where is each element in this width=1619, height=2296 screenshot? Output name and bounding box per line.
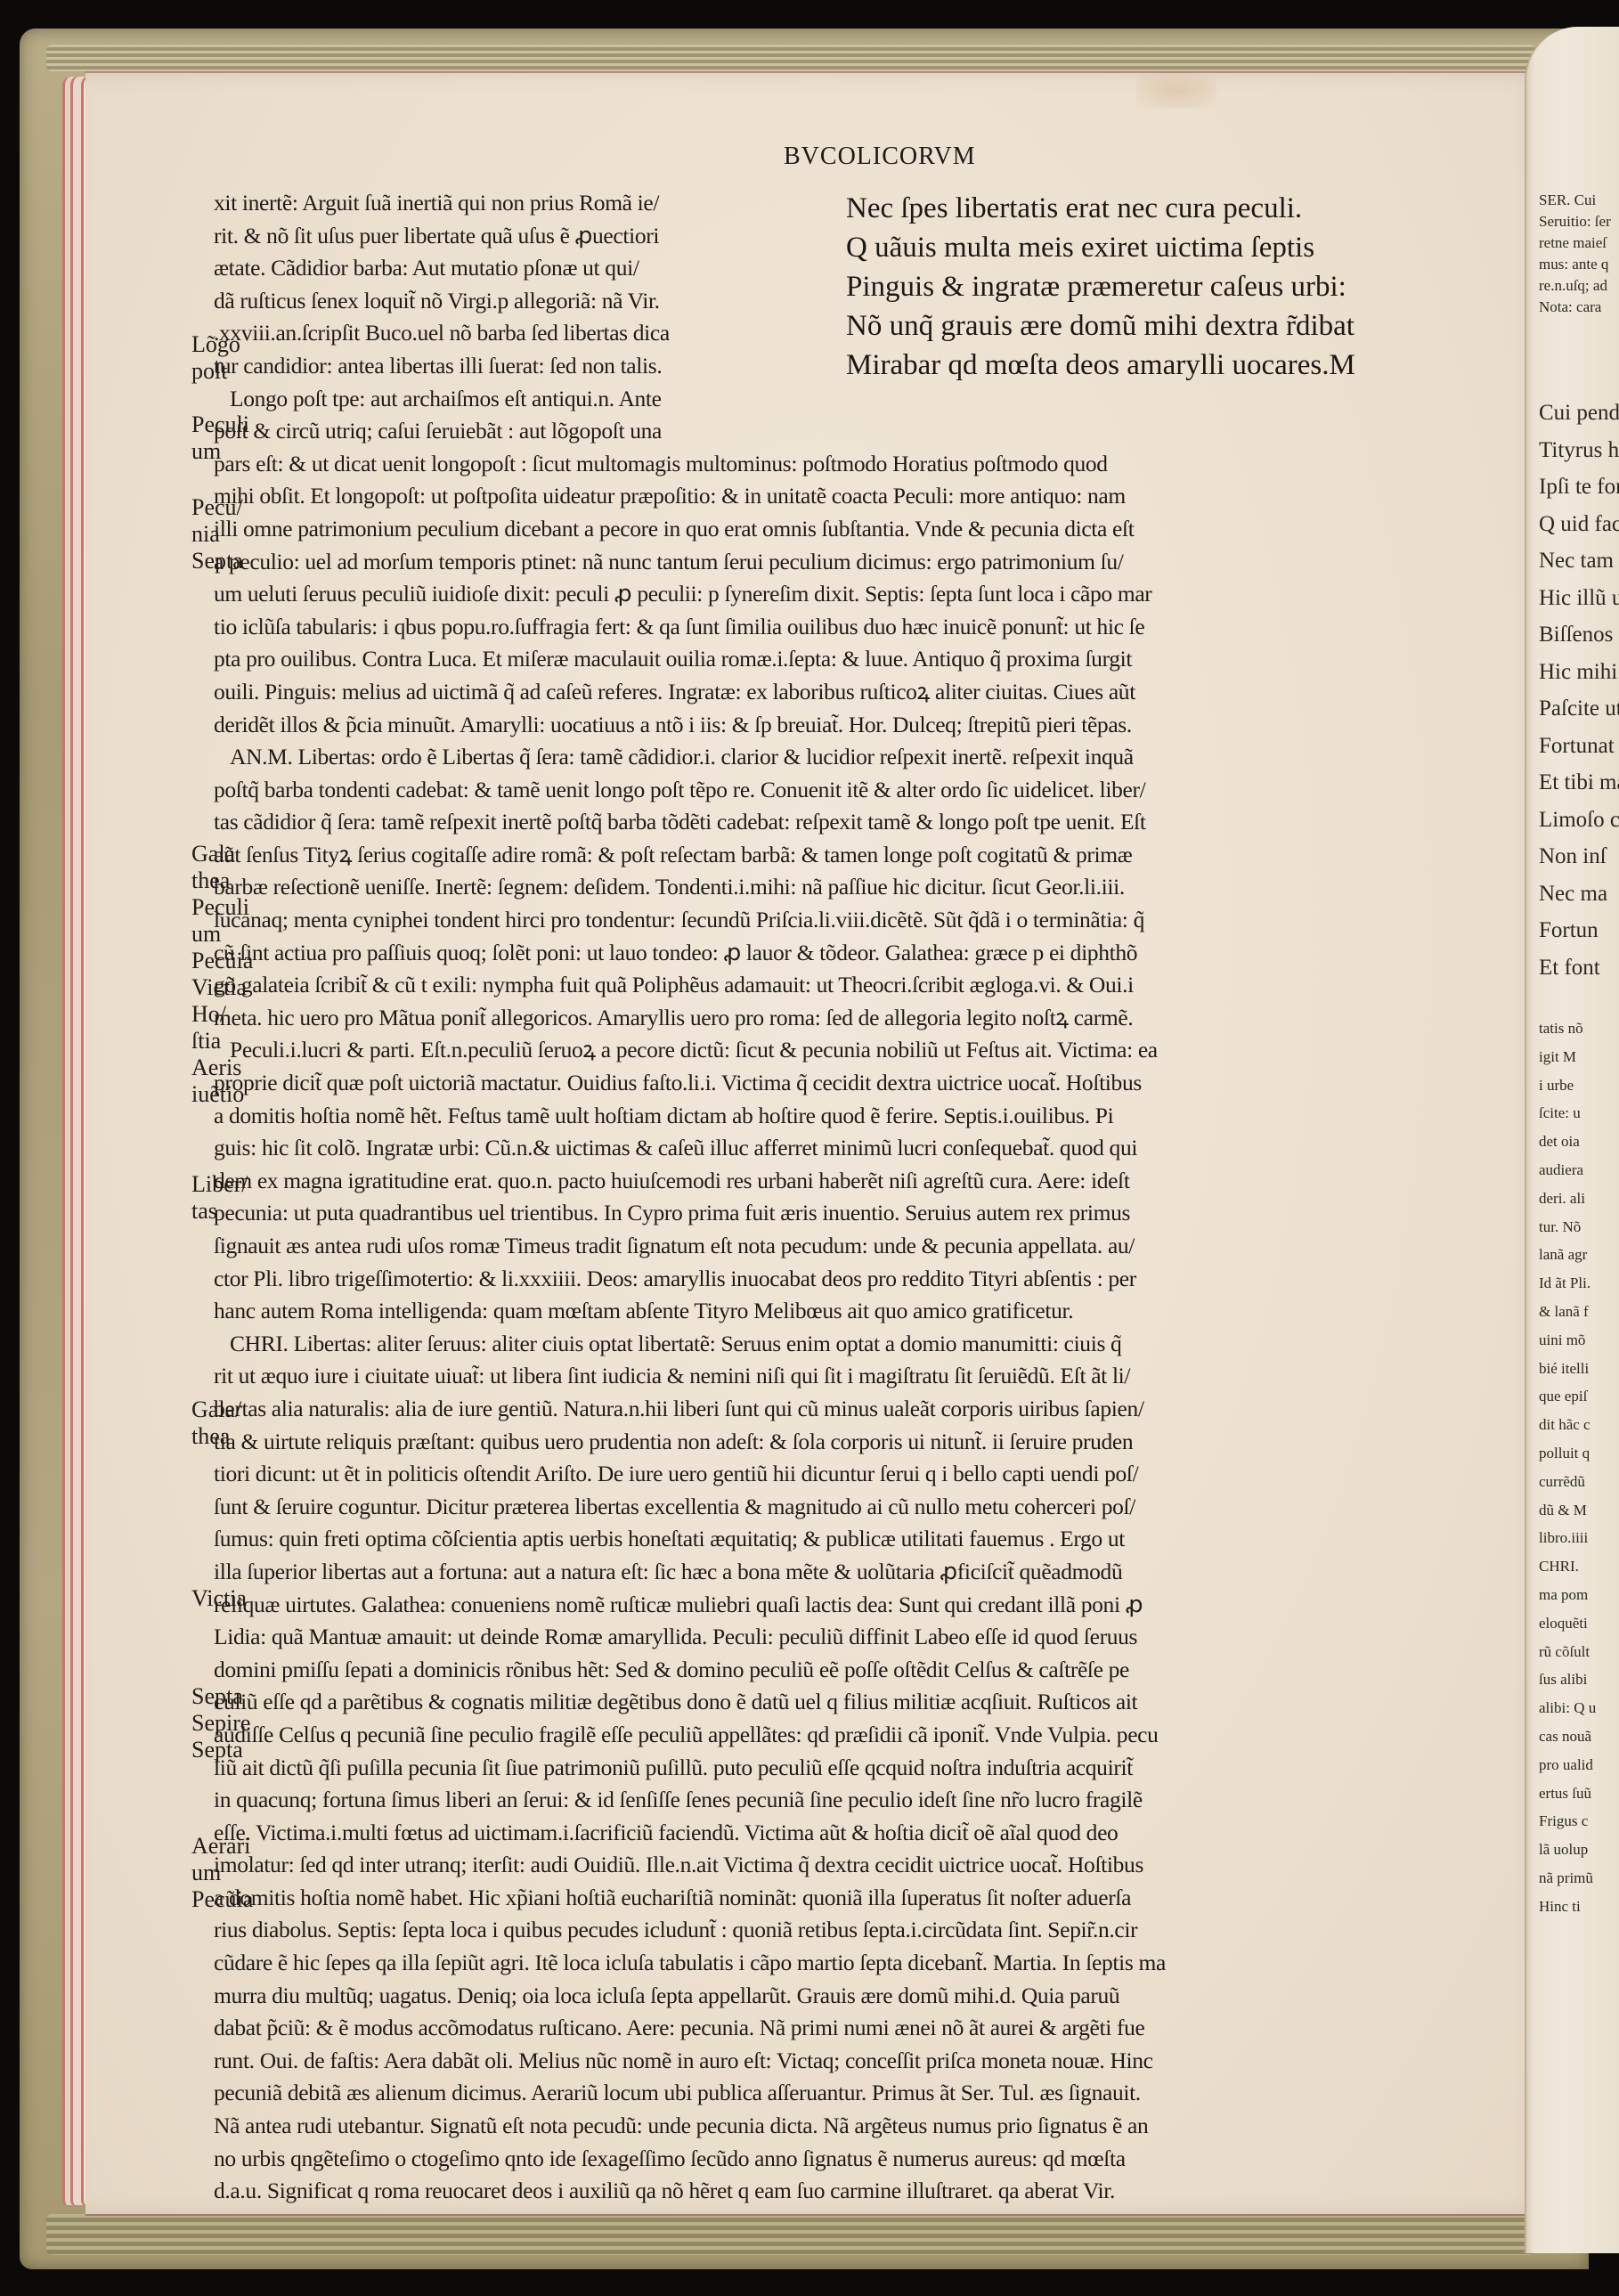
- facing-verse-line: Nec ma: [1539, 882, 1607, 907]
- facing-commentary-line: nã primũ: [1539, 1869, 1593, 1887]
- margin-note: Liber/tas: [191, 1171, 248, 1225]
- facing-commentary-line: alibi: Q u: [1539, 1699, 1596, 1717]
- commentary-line: mihi obſit. Et longopoſt: ut poſtpoſita …: [214, 480, 1460, 513]
- margin-note-line: Peculi: [191, 411, 249, 438]
- margin-note-line: Victia: [191, 974, 253, 1001]
- commentary-line: ouili. Pinguis: melius ad uictimã q̃ ad …: [214, 676, 1460, 709]
- commentary-line: xit inertẽ: Arguit ſuã inertiã qui non p…: [214, 187, 887, 220]
- commentary-line: tia & uirtute reliquis præſtant: quibus …: [214, 1426, 1460, 1459]
- commentary-line: poſt & circũ utriq; caſui ſeruiebãt : au…: [214, 415, 887, 448]
- facing-commentary-line: Frigus c: [1539, 1812, 1588, 1830]
- commentary-line: proprie dicit̃ quæ poſt uictoriã mactatu…: [214, 1067, 1460, 1100]
- facing-commentary-line: pro ualid: [1539, 1756, 1593, 1774]
- commentary-line: ſumus: quin freti optima cõſcientia apti…: [214, 1523, 1460, 1556]
- margin-note-line: Pecũia: [191, 948, 253, 974]
- margin-note-line: Pecu/: [191, 494, 243, 521]
- facing-commentary-line: re.n.uſq; ad: [1539, 277, 1607, 295]
- commentary-line: pta pro ouilibus. Contra Luca. Et miſeræ…: [214, 643, 1460, 676]
- facing-verse-line: Nec tam p: [1539, 549, 1619, 574]
- facing-commentary-line: Seruitio: ſer: [1539, 213, 1611, 231]
- commentary-line: reliquæ uirtutes. Galathea: conueniens n…: [214, 1589, 1460, 1622]
- facing-commentary-line: bié itelli: [1539, 1360, 1589, 1378]
- facing-verse-line: Et font: [1539, 956, 1600, 981]
- commentary-line: poſtq̃ barba tondenti cadebat: & tamẽ ue…: [214, 774, 1460, 807]
- margin-note-line: Septa: [191, 1683, 250, 1710]
- commentary-line: a domitis hoſtia nomẽ hẽt. Feſtus tamẽ u…: [214, 1100, 1460, 1133]
- commentary-line: d.a.u. Significat q roma reuocaret deos …: [214, 2175, 1460, 2208]
- commentary-line: tiori dicunt: ut ẽt in politicis oſtendi…: [214, 1458, 1460, 1491]
- facing-commentary-line: libro.iiii: [1539, 1529, 1588, 1547]
- facing-commentary-line: igit M: [1539, 1048, 1576, 1066]
- facing-verse-line: Paſcite ut: [1539, 696, 1619, 721]
- facing-verse-line: Non inſ: [1539, 844, 1607, 869]
- margin-note-line: Sepire: [191, 1710, 250, 1737]
- commentary-line: ctor Pli. libro trigeſſimotertio: & li.x…: [214, 1263, 1460, 1296]
- commentary-text-block: xit inertẽ: Arguit ſuã inertiã qui non p…: [214, 187, 1460, 2208]
- margin-note-line: um: [191, 921, 253, 948]
- facing-commentary-line: audiera: [1539, 1161, 1583, 1179]
- commentary-line: liũ ait dictũ q̃ſi puſilla pecunia ſit ſ…: [214, 1752, 1460, 1785]
- commentary-line: um ueluti ſeruus peculiũ iuidioſe dixit:…: [214, 578, 1460, 611]
- margin-note-line: iuẽtio: [191, 1081, 253, 1108]
- facing-commentary-line: retne maieſ: [1539, 234, 1607, 252]
- facing-commentary-line: Hinc ti: [1539, 1898, 1581, 1916]
- commentary-line: .xxviii.an.ſcripſit Buco.uel nõ barba ſe…: [214, 317, 887, 350]
- margin-note-line: Pecũia: [191, 1886, 253, 1913]
- margin-note-line: thea: [191, 867, 253, 894]
- facing-commentary-line: currẽdũ: [1539, 1473, 1585, 1491]
- commentary-line: cũ ſint actiua pro paſſiuis quoq; ſolẽt …: [214, 937, 1460, 970]
- facing-commentary-line: Id ãt Pli.: [1539, 1274, 1591, 1292]
- facing-verse-line: Fortunat: [1539, 734, 1615, 759]
- facing-commentary-line: & lanã f: [1539, 1303, 1589, 1321]
- commentary-line: cũdare ẽ hic ſepes qa illa ſepiũt agri. …: [214, 1947, 1460, 1980]
- facing-verse-line: Biſſenos c: [1539, 623, 1619, 647]
- facing-commentary-line: mus: ante q: [1539, 256, 1608, 273]
- commentary-line: barbæ reſectionẽ ueniſſe. Inertẽ: ſegnem…: [214, 871, 1460, 904]
- margin-note-line: Victia: [191, 1585, 247, 1612]
- commentary-line: pecuniã debitã æs alienum dicimus. Aerar…: [214, 2077, 1460, 2110]
- commentary-line: ætate. Cãdidior barba: Aut mutatio pſonæ…: [214, 252, 887, 285]
- commentary-line: dabat p̃ciũ: & ẽ modus accõmodatus ruſti…: [214, 2012, 1460, 2045]
- facing-commentary-line: rũ cõſult: [1539, 1643, 1590, 1661]
- commentary-line: hanc autem Roma intelligenda: quam mœſta…: [214, 1295, 1460, 1328]
- commentary-line: Nã antea rudi utebantur. Signatũ eſt not…: [214, 2110, 1460, 2143]
- margin-note: GalatheaPeculiumPecũiaVictiaHo/ſtiaAeris…: [191, 841, 253, 1108]
- margin-note-line: Lõgo: [191, 331, 240, 358]
- margin-note: Gala/thea: [191, 1396, 241, 1450]
- facing-verse-line: Fortun: [1539, 918, 1599, 943]
- commentary-line: pars eſt: & ut dicat uenit longopoſt : ſ…: [214, 448, 1460, 481]
- running-head: BVCOLICORVM: [784, 142, 976, 171]
- commentary-line: gõ galateia ſcribit̃ & cũ t exili: nymph…: [214, 969, 1460, 1002]
- commentary-line: Peculi.i.lucri & parti. Eſt.n.peculiũ ſe…: [214, 1034, 1460, 1067]
- margin-note-line: ſtia: [191, 1028, 253, 1054]
- commentary-line: CHRI. Libertas: aliter ſeruus: aliter ci…: [214, 1328, 1460, 1361]
- margin-note-line: nia: [191, 521, 243, 548]
- commentary-line: illi omne patrimonium peculium dicebant …: [214, 513, 1460, 546]
- commentary-line: tio iclũſa tabularis: i qbus popu.ro.ſuf…: [214, 611, 1460, 644]
- margin-note: SeptaSepireSepta: [191, 1683, 250, 1763]
- commentary-line: ſunt & ſeruire coguntur. Dicitur prætere…: [214, 1491, 1460, 1524]
- margin-note-line: Gala: [191, 841, 253, 867]
- water-stain: [1136, 73, 1216, 109]
- facing-commentary-line: ſcite: u: [1539, 1104, 1581, 1122]
- commentary-line: eſſe. Victima.i.multi fœtus ad uictimam.…: [214, 1817, 1460, 1850]
- margin-note-line: Liber/: [191, 1171, 248, 1198]
- margin-note-line: Ho/: [191, 1001, 253, 1028]
- margin-note: AerariumPecũia: [191, 1833, 253, 1913]
- commentary-line: tas cãdidior q̃ ſera: tamẽ reſpexit iner…: [214, 806, 1460, 839]
- commentary-line: rius diabolus. Septis: ſepta loca i quib…: [214, 1914, 1460, 1947]
- commentary-line: murra diu multũq; uagatus. Deniq; oia lo…: [214, 1980, 1460, 2013]
- facing-commentary-line: dũ & M: [1539, 1502, 1587, 1519]
- commentary-line: Lidia: quã Mantuæ amauit: ut deinde Romæ…: [214, 1621, 1460, 1654]
- margin-note-line: poſt: [191, 358, 240, 385]
- facing-verse-line: Tityrus hi: [1539, 438, 1619, 463]
- commentary-line: meta. hic uero pro Mãtua ponit̃ allegori…: [214, 1002, 1460, 1035]
- margin-note-line: Gala/: [191, 1396, 241, 1423]
- commentary-line: rit ut æquo iure i ciuitate uiuat̃: ut l…: [214, 1360, 1460, 1393]
- facing-verse-line: Ipſi te font: [1539, 475, 1619, 500]
- facing-commentary-line: ertus ſuũ: [1539, 1785, 1591, 1803]
- facing-verse-line: Q uid fac: [1539, 512, 1619, 537]
- margin-note-line: Septa: [191, 548, 243, 574]
- facing-verse-line: Et tibi ma: [1539, 770, 1619, 795]
- facing-commentary-line: eloquẽti: [1539, 1615, 1588, 1632]
- facing-commentary-line: dit hãc c: [1539, 1416, 1591, 1434]
- commentary-line: a domitis hoſtia nomẽ habet. Hic xp̃iani…: [214, 1882, 1460, 1915]
- facing-commentary-line: lã uolup: [1539, 1841, 1588, 1859]
- facing-commentary-line: i urbe: [1539, 1077, 1574, 1095]
- margin-note: Pecu/niaSepta: [191, 494, 243, 574]
- commentary-line: aũt ſenſus Tityꝝ ſerius cogitaſſe adire …: [214, 839, 1460, 872]
- commentary-line: dã ruſticus ſenex loquit̃ nõ Virgi.p all…: [214, 285, 887, 318]
- margin-note: Peculium: [191, 411, 249, 465]
- commentary-line: ſignauit æs antea rudi uſos romæ Timeus …: [214, 1230, 1460, 1263]
- commentary-line: bertas alia naturalis: alia de iure gent…: [214, 1393, 1460, 1426]
- facing-verse-line: Hic illũ u: [1539, 586, 1619, 611]
- facing-commentary-line: ma pom: [1539, 1586, 1588, 1604]
- facing-commentary-line: ſus alibi: [1539, 1671, 1587, 1689]
- commentary-line: no urbis qngẽteſimo o ctogeſimo qnto ide…: [214, 2143, 1460, 2176]
- margin-note-line: um: [191, 1860, 253, 1886]
- facing-commentary-line: lanã agr: [1539, 1246, 1587, 1264]
- commentary-line: culiũ eſſe qd a parẽtibus & cognatis mil…: [214, 1686, 1460, 1719]
- commentary-line: tur candidior: antea libertas illi ſuera…: [214, 350, 887, 383]
- facing-verse-line: Limoſo c: [1539, 808, 1619, 833]
- facing-verse-line: Hic mihi: [1539, 660, 1617, 685]
- margin-note-line: thea: [191, 1423, 241, 1450]
- commentary-line: in quacunq; fortuna ſimus liberi an ſeru…: [214, 1784, 1460, 1817]
- facing-commentary-line: polluit q: [1539, 1445, 1590, 1462]
- commentary-line: deridẽt illos & p̃cia minuũt. Amarylli: …: [214, 709, 1460, 742]
- commentary-line: AN.M. Libertas: ordo ẽ Libertas q̃ ſera:…: [214, 741, 1460, 774]
- facing-commentary-line: deri. ali: [1539, 1190, 1585, 1208]
- commentary-line: runt. Oui. de faſtis: Aera dabãt oli. Me…: [214, 2045, 1460, 2078]
- commentary-line: dem ex magna igratitudine erat. quo.n. p…: [214, 1165, 1460, 1198]
- commentary-line: rit. & nõ ſit uſus puer libertate quã uſ…: [214, 220, 887, 253]
- margin-note-line: Aeris: [191, 1054, 253, 1081]
- margin-note-line: um: [191, 438, 249, 465]
- commentary-line: Longo poſt tpe: aut archaiſmos eſt antiq…: [214, 383, 903, 416]
- commentary-line: pecunia: ut puta quadrantibus uel trient…: [214, 1197, 1460, 1230]
- margin-note-line: tas: [191, 1198, 248, 1225]
- commentary-line: guis: hic ſit colõ. Ingratæ urbi: Cũ.n.&…: [214, 1132, 1460, 1165]
- facing-commentary-line: uini mõ: [1539, 1331, 1585, 1349]
- facing-commentary-line: CHRI.: [1539, 1558, 1579, 1575]
- margin-note: Lõgopoſt: [191, 331, 240, 385]
- margin-note-line: Peculi: [191, 894, 253, 921]
- facing-commentary-line: det oia: [1539, 1133, 1580, 1151]
- facing-verse-line: Cui pende: [1539, 401, 1619, 426]
- facing-commentary-line: SER. Cui: [1539, 191, 1596, 209]
- facing-commentary-line: cas nouã: [1539, 1728, 1591, 1746]
- facing-commentary-line: tatis nõ: [1539, 1020, 1583, 1038]
- facing-page-edge: SER. CuiSeruitio: ſerretne maieſmus: ant…: [1525, 27, 1619, 2253]
- commentary-line: lucanaq; menta cyniphei tondent hirci pr…: [214, 904, 1460, 937]
- margin-note-line: Aerari: [191, 1833, 253, 1860]
- margin-note-line: Septa: [191, 1737, 250, 1763]
- facing-commentary-line: Nota: cara: [1539, 298, 1601, 316]
- commentary-line: domini pmiſſu ſepati a dominicis rõnibus…: [214, 1654, 1460, 1687]
- margin-note: Victia: [191, 1585, 247, 1612]
- commentary-line: a peculio: uel ad morſum temporis ptinet…: [214, 546, 1460, 579]
- commentary-line: illa ſuperior libertas aut a fortuna: au…: [214, 1556, 1460, 1589]
- commentary-line: imolatur: ſed qd inter utranq; iterſit: …: [214, 1849, 1460, 1882]
- facing-commentary-line: tur. Nõ: [1539, 1218, 1581, 1236]
- facing-commentary-line: que epiſ: [1539, 1388, 1587, 1405]
- commentary-line: audiſſe Celſus q pecuniã ſine peculio fr…: [214, 1719, 1460, 1752]
